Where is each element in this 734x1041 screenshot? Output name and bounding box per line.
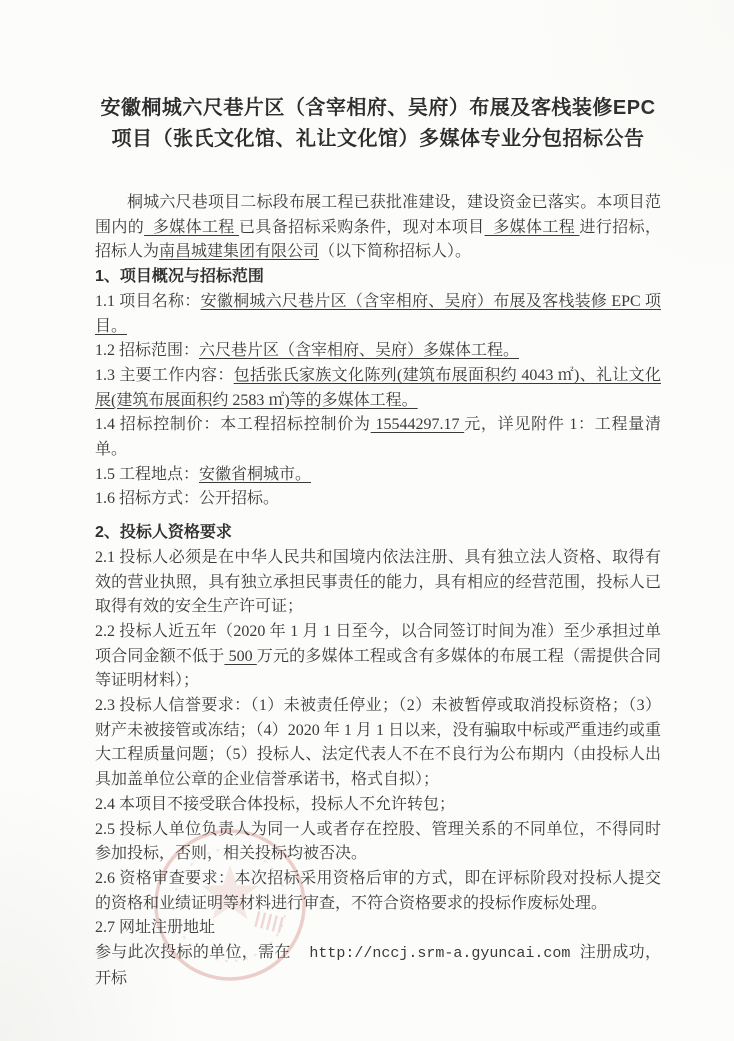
section-2-heading: 2、投标人资格要求 (95, 521, 661, 546)
item-2-5: 2.5 投标人单位负责人为同一人或者存在控股、管理关系的不同单位，不得同时参加投… (95, 818, 661, 867)
underlined-text: 500 (224, 648, 256, 665)
item-2-1: 2.1 投标人必须是在中华人民共和国境内依法注册、具有独立法人资格、取得有效的营… (95, 546, 661, 620)
underlined-text: 安徽省桐城市。 (199, 466, 311, 483)
underlined-text: 多媒体工程 (144, 219, 239, 236)
text-run: 1.5 工程地点： (95, 466, 199, 483)
underlined-text: 15544297.17 (371, 416, 464, 433)
text-run: 2.3 投标人信誉要求：（1）未被责任停业；（2）未被暂停或取消投标资格；（3）… (95, 697, 661, 788)
item-2-3: 2.3 投标人信誉要求：（1）未被责任停业；（2）未被暂停或取消投标资格；（3）… (95, 694, 661, 793)
registration-note: 参与此次投标的单位，需在 http://nccj.srm-a.gyuncai.c… (95, 941, 661, 991)
section-1-heading: 1、项目概况与招标范围 (95, 265, 661, 290)
underlined-text: 多媒体工程 (485, 219, 580, 236)
intro-paragraph: 桐城六尺巷项目二标段布展工程已获批准建设，建设资金已落实。本项目范围内的 多媒体… (95, 191, 661, 265)
item-1-6: 1.6 招标方式：公开招标。 (95, 487, 661, 512)
document-body: 桐城六尺巷项目二标段布展工程已获批准建设，建设资金已落实。本项目范围内的 多媒体… (95, 191, 661, 992)
item-1-3: 1.3 主要工作内容：包括张氏家族文化陈列(建筑布展面积约 4043 ㎡)、礼让… (95, 364, 661, 413)
text-run: 2、投标人资格要求 (95, 524, 232, 541)
text-run: 2.7 网址注册地址 (95, 919, 215, 936)
text-run: 已具备招标采购条件，现对本项目 (239, 219, 485, 236)
text-run: 1.4 招标控制价：本工程招标控制价为 (95, 416, 371, 433)
text-run: 1.3 主要工作内容： (95, 367, 234, 384)
title-line-2: 项目（张氏文化馆、礼让文化馆）多媒体专业分包招标公告 (95, 124, 661, 155)
item-2-7: 2.7 网址注册地址 (95, 916, 661, 941)
text-run: 2.1 投标人必须是在中华人民共和国境内依法注册、具有独立法人资格、取得有效的营… (95, 549, 661, 615)
item-1-5: 1.5 工程地点：安徽省桐城市。 (95, 463, 661, 488)
item-2-2: 2.2 投标人近五年（2020 年 1 月 1 日至今，以合同签订时间为准）至少… (95, 620, 661, 694)
document-title: 安徽桐城六尺巷片区（含宰相府、吴府）布展及客栈装修EPC 项目（张氏文化馆、礼让… (95, 93, 661, 155)
registration-url: http://nccj.srm-a.gyuncai.com (291, 945, 580, 962)
underlined-text: 南昌城建集团有限公司 (159, 243, 319, 260)
document-page: 安徽桐城六尺巷片区（含宰相府、吴府）布展及客栈装修EPC 项目（张氏文化馆、礼让… (0, 0, 734, 1041)
text-run: 参与此次投标的单位，需在 (95, 944, 291, 961)
item-1-4: 1.4 招标控制价：本工程招标控制价为 15544297.17 元，详见附件 1… (95, 413, 661, 462)
underlined-text: 六尺巷片区（含宰相府、吴府）多媒体工程。 (199, 342, 519, 359)
document-content: 安徽桐城六尺巷片区（含宰相府、吴府）布展及客栈装修EPC 项目（张氏文化馆、礼让… (95, 93, 661, 992)
text-run: 1.1 项目名称： (95, 293, 201, 310)
item-2-6: 2.6 资格审查要求：本次招标采用资格后审的方式，即在评标阶段对投标人提交的资格… (95, 867, 661, 916)
item-2-4: 2.4 本项目不接受联合体投标，投标人不允许转包； (95, 793, 661, 818)
text-run: （以下简称招标人）。 (319, 243, 471, 260)
item-1-2: 1.2 招标范围：六尺巷片区（含宰相府、吴府）多媒体工程。 (95, 339, 661, 364)
item-1-1: 1.1 项目名称：安徽桐城六尺巷片区（含宰相府、吴府）布展及客栈装修 EPC 项… (95, 290, 661, 339)
text-run: 1、项目概况与招标范围 (95, 268, 264, 285)
text-run: 2.5 投标人单位负责人为同一人或者存在控股、管理关系的不同单位，不得同时参加投… (95, 821, 661, 863)
title-line-1: 安徽桐城六尺巷片区（含宰相府、吴府）布展及客栈装修EPC (95, 93, 661, 124)
text-run: 2.6 资格审查要求：本次招标采用资格后审的方式，即在评标阶段对投标人提交的资格… (95, 870, 661, 912)
text-run: 1.6 招标方式：公开招标。 (95, 490, 279, 507)
text-run: 2.4 本项目不接受联合体投标，投标人不允许转包； (95, 796, 455, 813)
text-run: 1.2 招标范围： (95, 342, 199, 359)
